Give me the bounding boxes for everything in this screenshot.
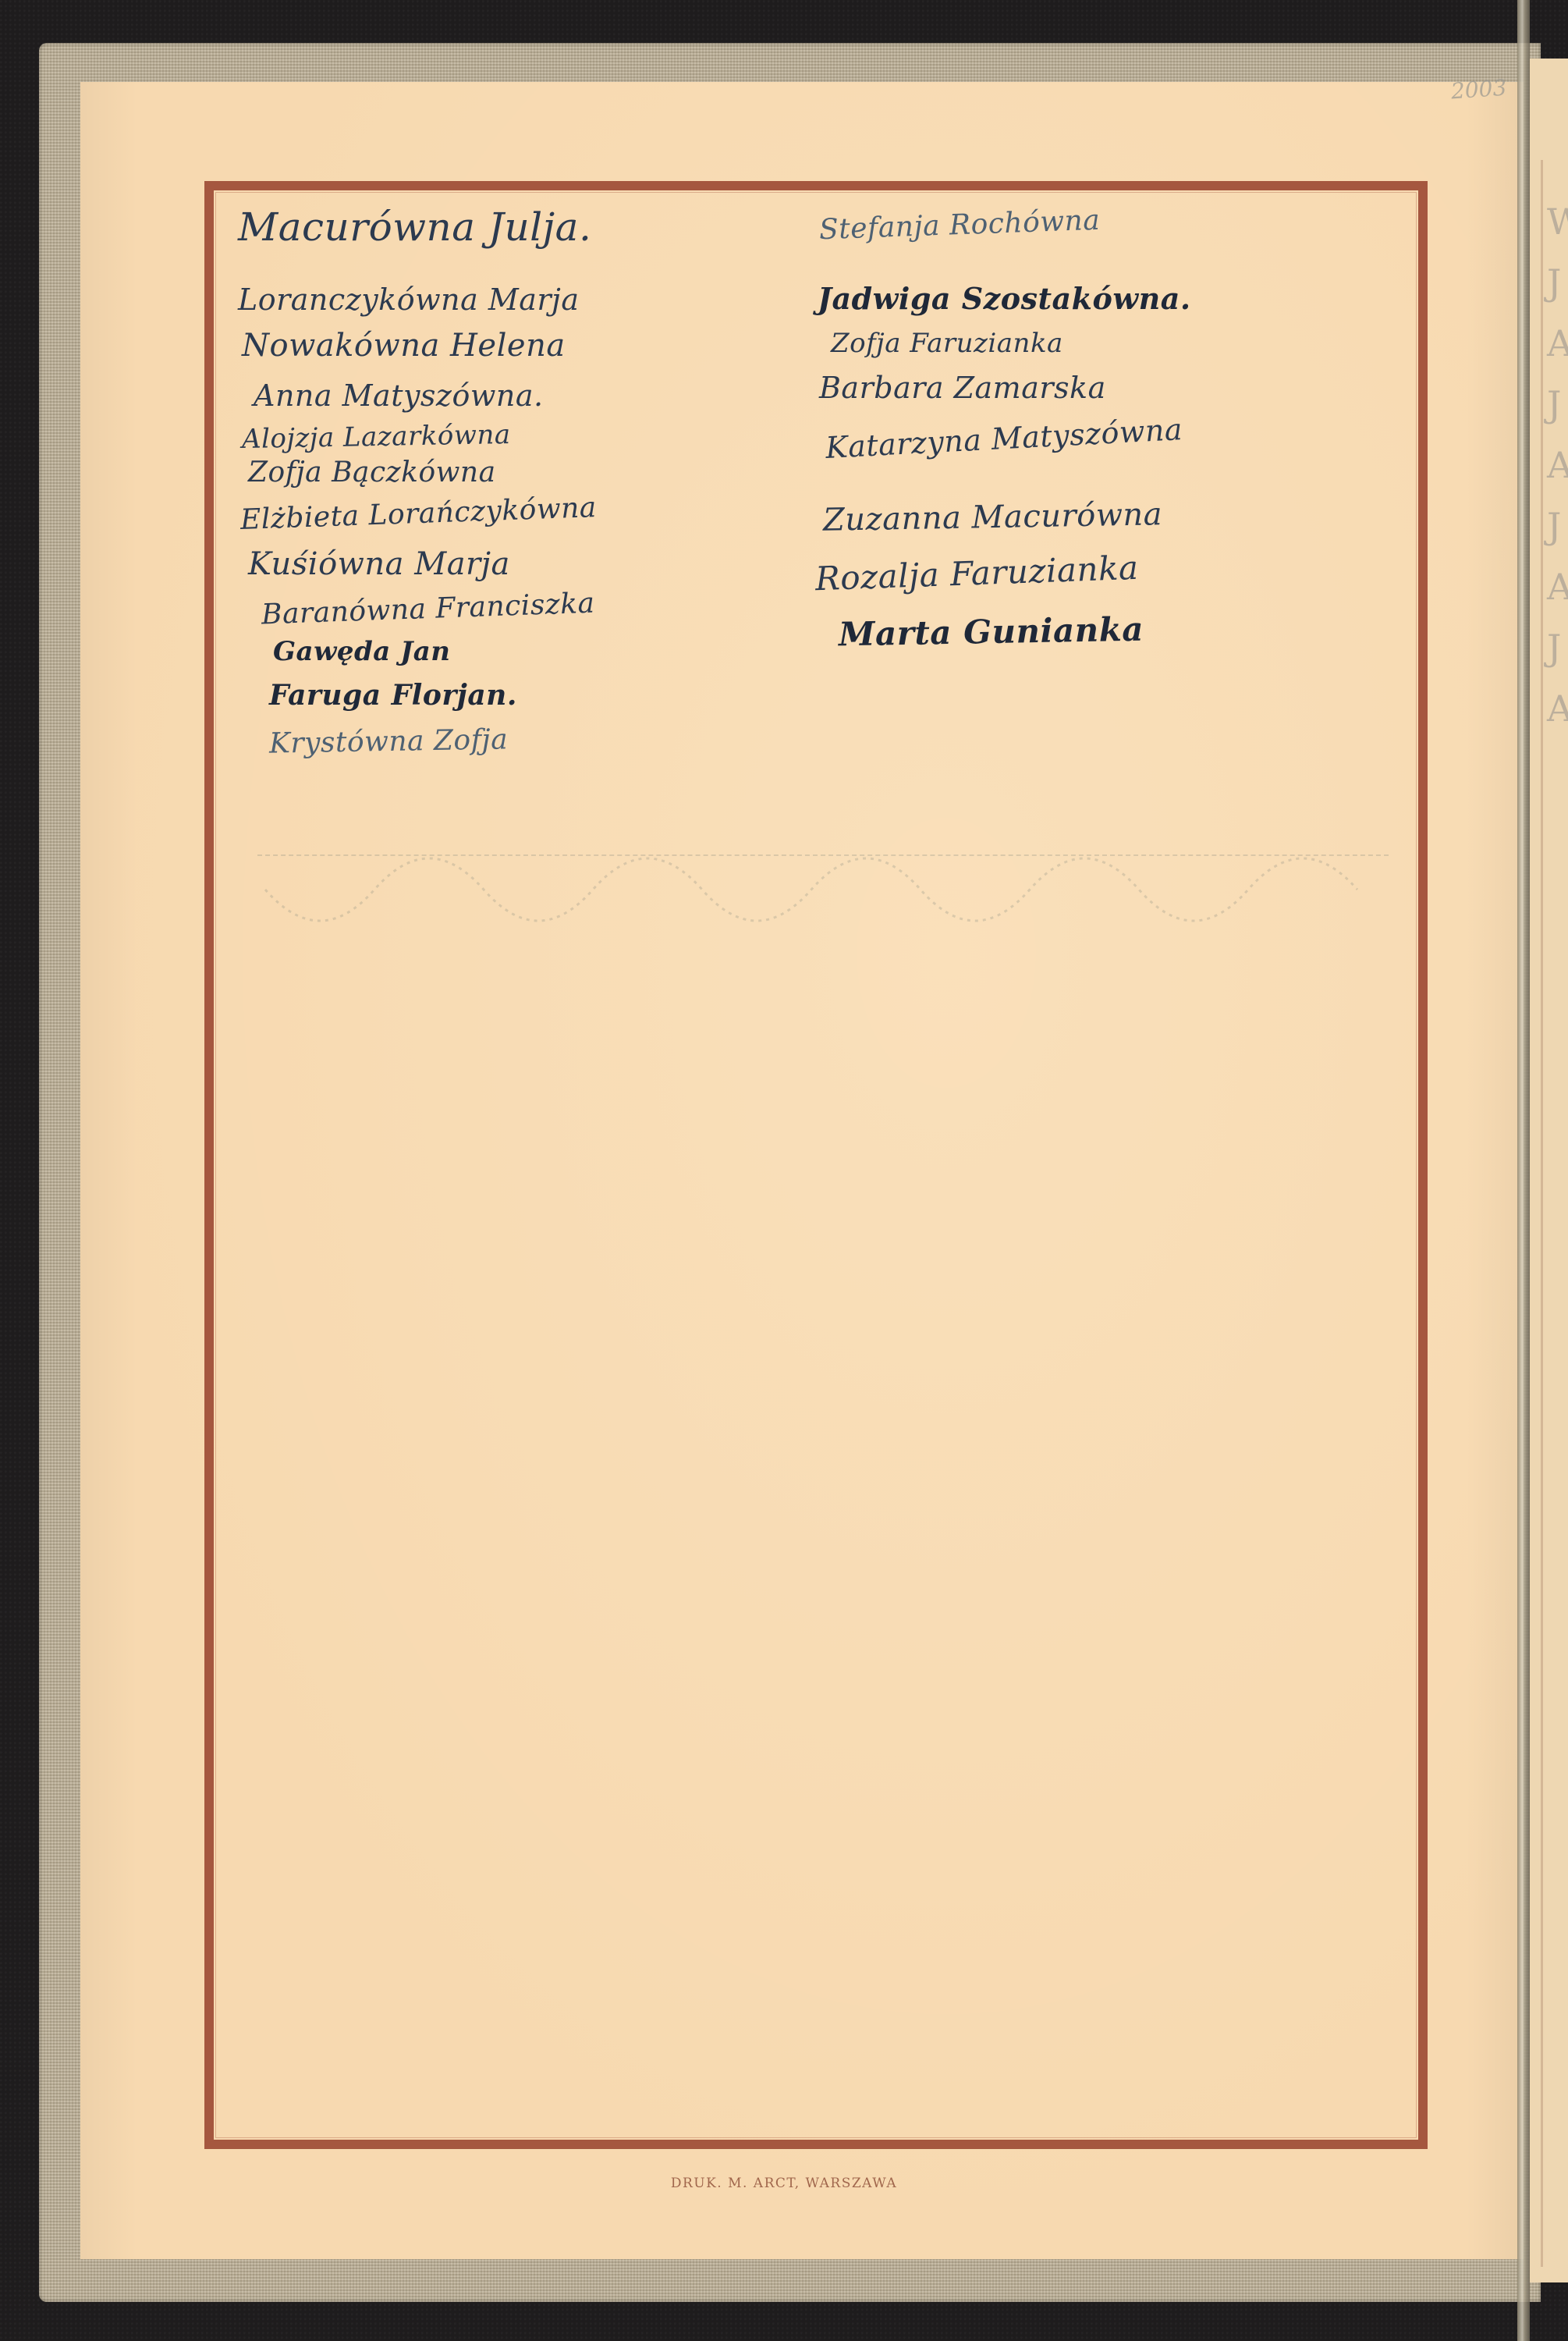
name-entry: Krystówna Zofja	[269, 723, 509, 759]
name-entry: Marta Gunianka	[839, 610, 1144, 654]
facing-page-edge: WJAJAJAJA	[1530, 59, 1568, 2282]
name-entry: Loranczykówna Marja	[238, 282, 579, 317]
book-gutter	[1517, 0, 1530, 2341]
pencil-annotation: 2003	[1450, 75, 1507, 105]
name-entry: Zuzanna Macurówna	[823, 496, 1163, 538]
name-entry: Kuśiówna Marja	[248, 546, 510, 582]
name-entry: Nowakówna Helena	[242, 328, 566, 364]
name-entry: Alojzja Lazarkówna	[242, 419, 511, 455]
name-entry: Faruga Florjan.	[269, 679, 517, 712]
name-entry: Anna Matyszówna.	[254, 378, 544, 413]
bleed-through-ornament	[257, 843, 1389, 952]
facing-page-ornament: WJAJAJAJA	[1547, 191, 1568, 739]
name-entry: Gawęda Jan	[273, 636, 450, 667]
name-entry: Jadwiga Szostakówna.	[818, 281, 1191, 316]
printer-imprint: DRUK. M. ARCT, WARSZAWA	[0, 2176, 1568, 2191]
name-entry: Zofja Faruzianka	[831, 328, 1063, 359]
name-entry: Macurówna Julja.	[238, 204, 591, 250]
name-entry: Barbara Zamarska	[819, 371, 1106, 405]
name-entry: Zofja Bączkówna	[248, 456, 496, 488]
